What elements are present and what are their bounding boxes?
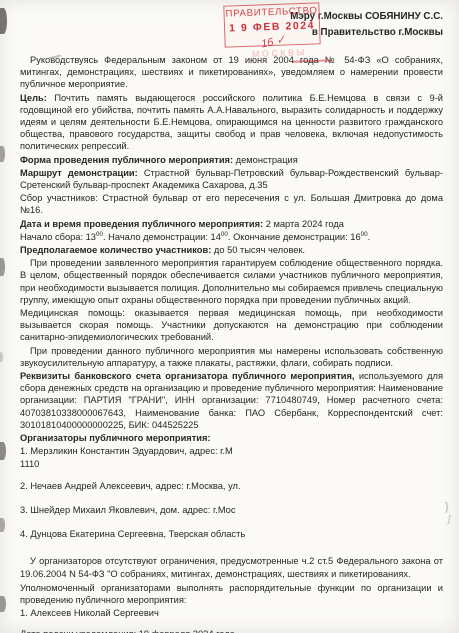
goal-label: Цель:: [20, 93, 47, 103]
scanned-document-page: } ʃ ПРАВИТЕЛЬСТВО 1 9 ФЕВ 2024 МОСКВЫ 16…: [0, 0, 459, 633]
paragraph-route: Маршрут демонстрации: Страстной бульвар-…: [20, 167, 443, 191]
paragraph-datetime: Дата и время проведения публичного мероп…: [20, 218, 443, 230]
scan-artifact: [0, 258, 5, 276]
stamp-date: 1 9 ФЕВ 2024: [225, 20, 319, 34]
scan-artifact: [0, 442, 6, 460]
pen-mark-right: ʃ: [447, 514, 451, 525]
document-body: Руководствуясь Федеральным законом от 19…: [20, 54, 443, 633]
organizer-item-2: 2. Нечаев Андрей Алексеевич, адрес: г.Мо…: [20, 480, 443, 492]
paragraph-public-order: При проведении заявленного мероприятия г…: [20, 257, 443, 306]
scan-artifact: [0, 596, 6, 612]
paragraph-medical: Медицинская помощь: оказывается первая м…: [20, 307, 443, 344]
paragraph-legal-basis: Руководствуясь Федеральным законом от 19…: [20, 54, 443, 91]
stamp-city-line: МОСКВЫ: [252, 47, 307, 59]
organizer-item-3: 3. Шнейдер Михаил Яковлевич, дом. адрес:…: [20, 504, 443, 516]
scan-artifact: [0, 518, 5, 532]
count-label: Предполагаемое количество участников:: [20, 245, 211, 255]
bank-label: Реквизиты банковского счета организатора…: [20, 371, 354, 381]
paragraph-equipment: При проведении данного публичного меропр…: [20, 345, 443, 369]
paragraph-bank-details: Реквизиты банковского счета организатора…: [20, 370, 443, 431]
pen-mark-right: }: [445, 501, 449, 513]
scan-artifact: [0, 8, 7, 34]
organizer-item-1: 1. Мерзликин Константин Эдуардович, адре…: [20, 445, 443, 469]
paragraph-goal: Цель: Почтить память выдающегося российс…: [20, 92, 443, 153]
paragraph-authorized-intro: Уполномоченный организаторами выполнять …: [20, 582, 443, 606]
paragraph-restrictions: У организаторов отсутствуют ограничения,…: [20, 555, 443, 579]
paragraph-schedule: Начало сбора: 1300. Начало демонстрации:…: [20, 231, 443, 243]
scan-artifact: [0, 352, 3, 362]
paragraph-form: Форма проведения публичного мероприятия:…: [20, 154, 443, 166]
paragraph-participant-count: Предполагаемое количество участников: до…: [20, 244, 443, 256]
organizers-heading: Организаторы публичного мероприятия:: [20, 432, 443, 444]
submission-date: Дата подачи уведомления: 19 февраля 2024…: [20, 628, 443, 633]
datetime-label: Дата и время проведения публичного мероп…: [20, 219, 263, 229]
scan-artifact: [0, 146, 5, 162]
route-label: Маршрут демонстрации:: [20, 168, 138, 178]
authorized-person: 1. Алексеев Николай Сергеевич: [20, 607, 443, 619]
stamp-org-line: ПРАВИТЕЛЬСТВО: [224, 5, 318, 19]
organizer-item-4: 4. Дунцова Екатерина Сергеевна, Тверская…: [20, 528, 443, 540]
form-label: Форма проведения публичного мероприятия:: [20, 155, 233, 165]
paragraph-gathering: Сбор участников: Страстной бульвар от ег…: [20, 192, 443, 216]
